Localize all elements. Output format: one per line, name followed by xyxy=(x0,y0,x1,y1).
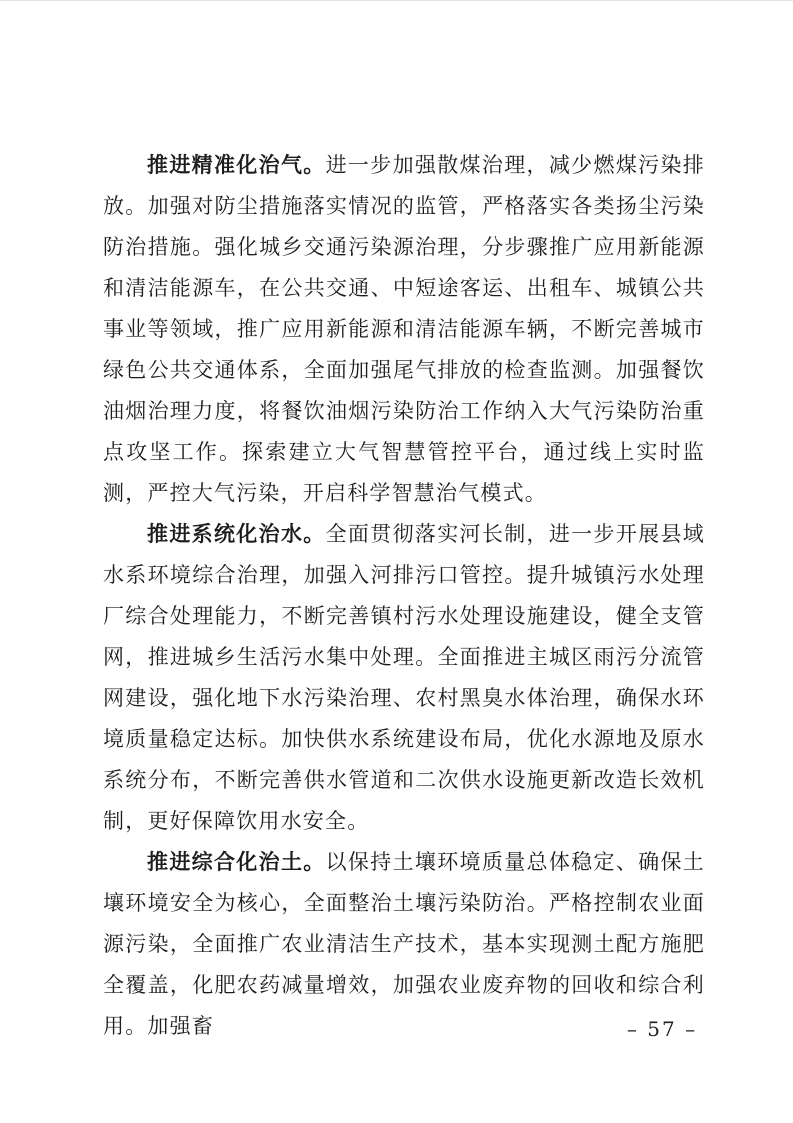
paragraph-air-heading: 推进精准化治气。 xyxy=(147,153,326,177)
document-body: 推进精准化治气。进一步加强散煤治理，减少燃煤污染排放。加强对防尘措施落实情况的监… xyxy=(103,145,705,1047)
paragraph-water-heading: 推进系统化治水。 xyxy=(147,522,326,546)
document-page: 推进精准化治气。进一步加强散煤治理，减少燃煤污染排放。加强对防尘措施落实情况的监… xyxy=(0,0,793,1123)
paragraph-soil-heading: 推进综合化治土。 xyxy=(147,850,326,874)
page-number: – 57 – xyxy=(627,1017,697,1041)
paragraph-soil-body: 以保持土壤环境质量总体稳定、确保土壤环境安全为核心，全面整治土壤污染防治。严格控… xyxy=(103,850,705,1038)
paragraph-air-governance: 推进精准化治气。进一步加强散煤治理，减少燃煤污染排放。加强对防尘措施落实情况的监… xyxy=(103,145,705,514)
page-footer: – 57 – xyxy=(597,1017,727,1041)
paragraph-water-body: 全面贯彻落实河长制，进一步开展县域水系环境综合治理，加强入河排污口管控。提升城镇… xyxy=(103,522,705,833)
paragraph-air-body: 进一步加强散煤治理，减少燃煤污染排放。加强对防尘措施落实情况的监管，严格落实各类… xyxy=(103,153,705,505)
paragraph-water-governance: 推进系统化治水。全面贯彻落实河长制，进一步开展县域水系环境综合治理，加强入河排污… xyxy=(103,514,705,842)
